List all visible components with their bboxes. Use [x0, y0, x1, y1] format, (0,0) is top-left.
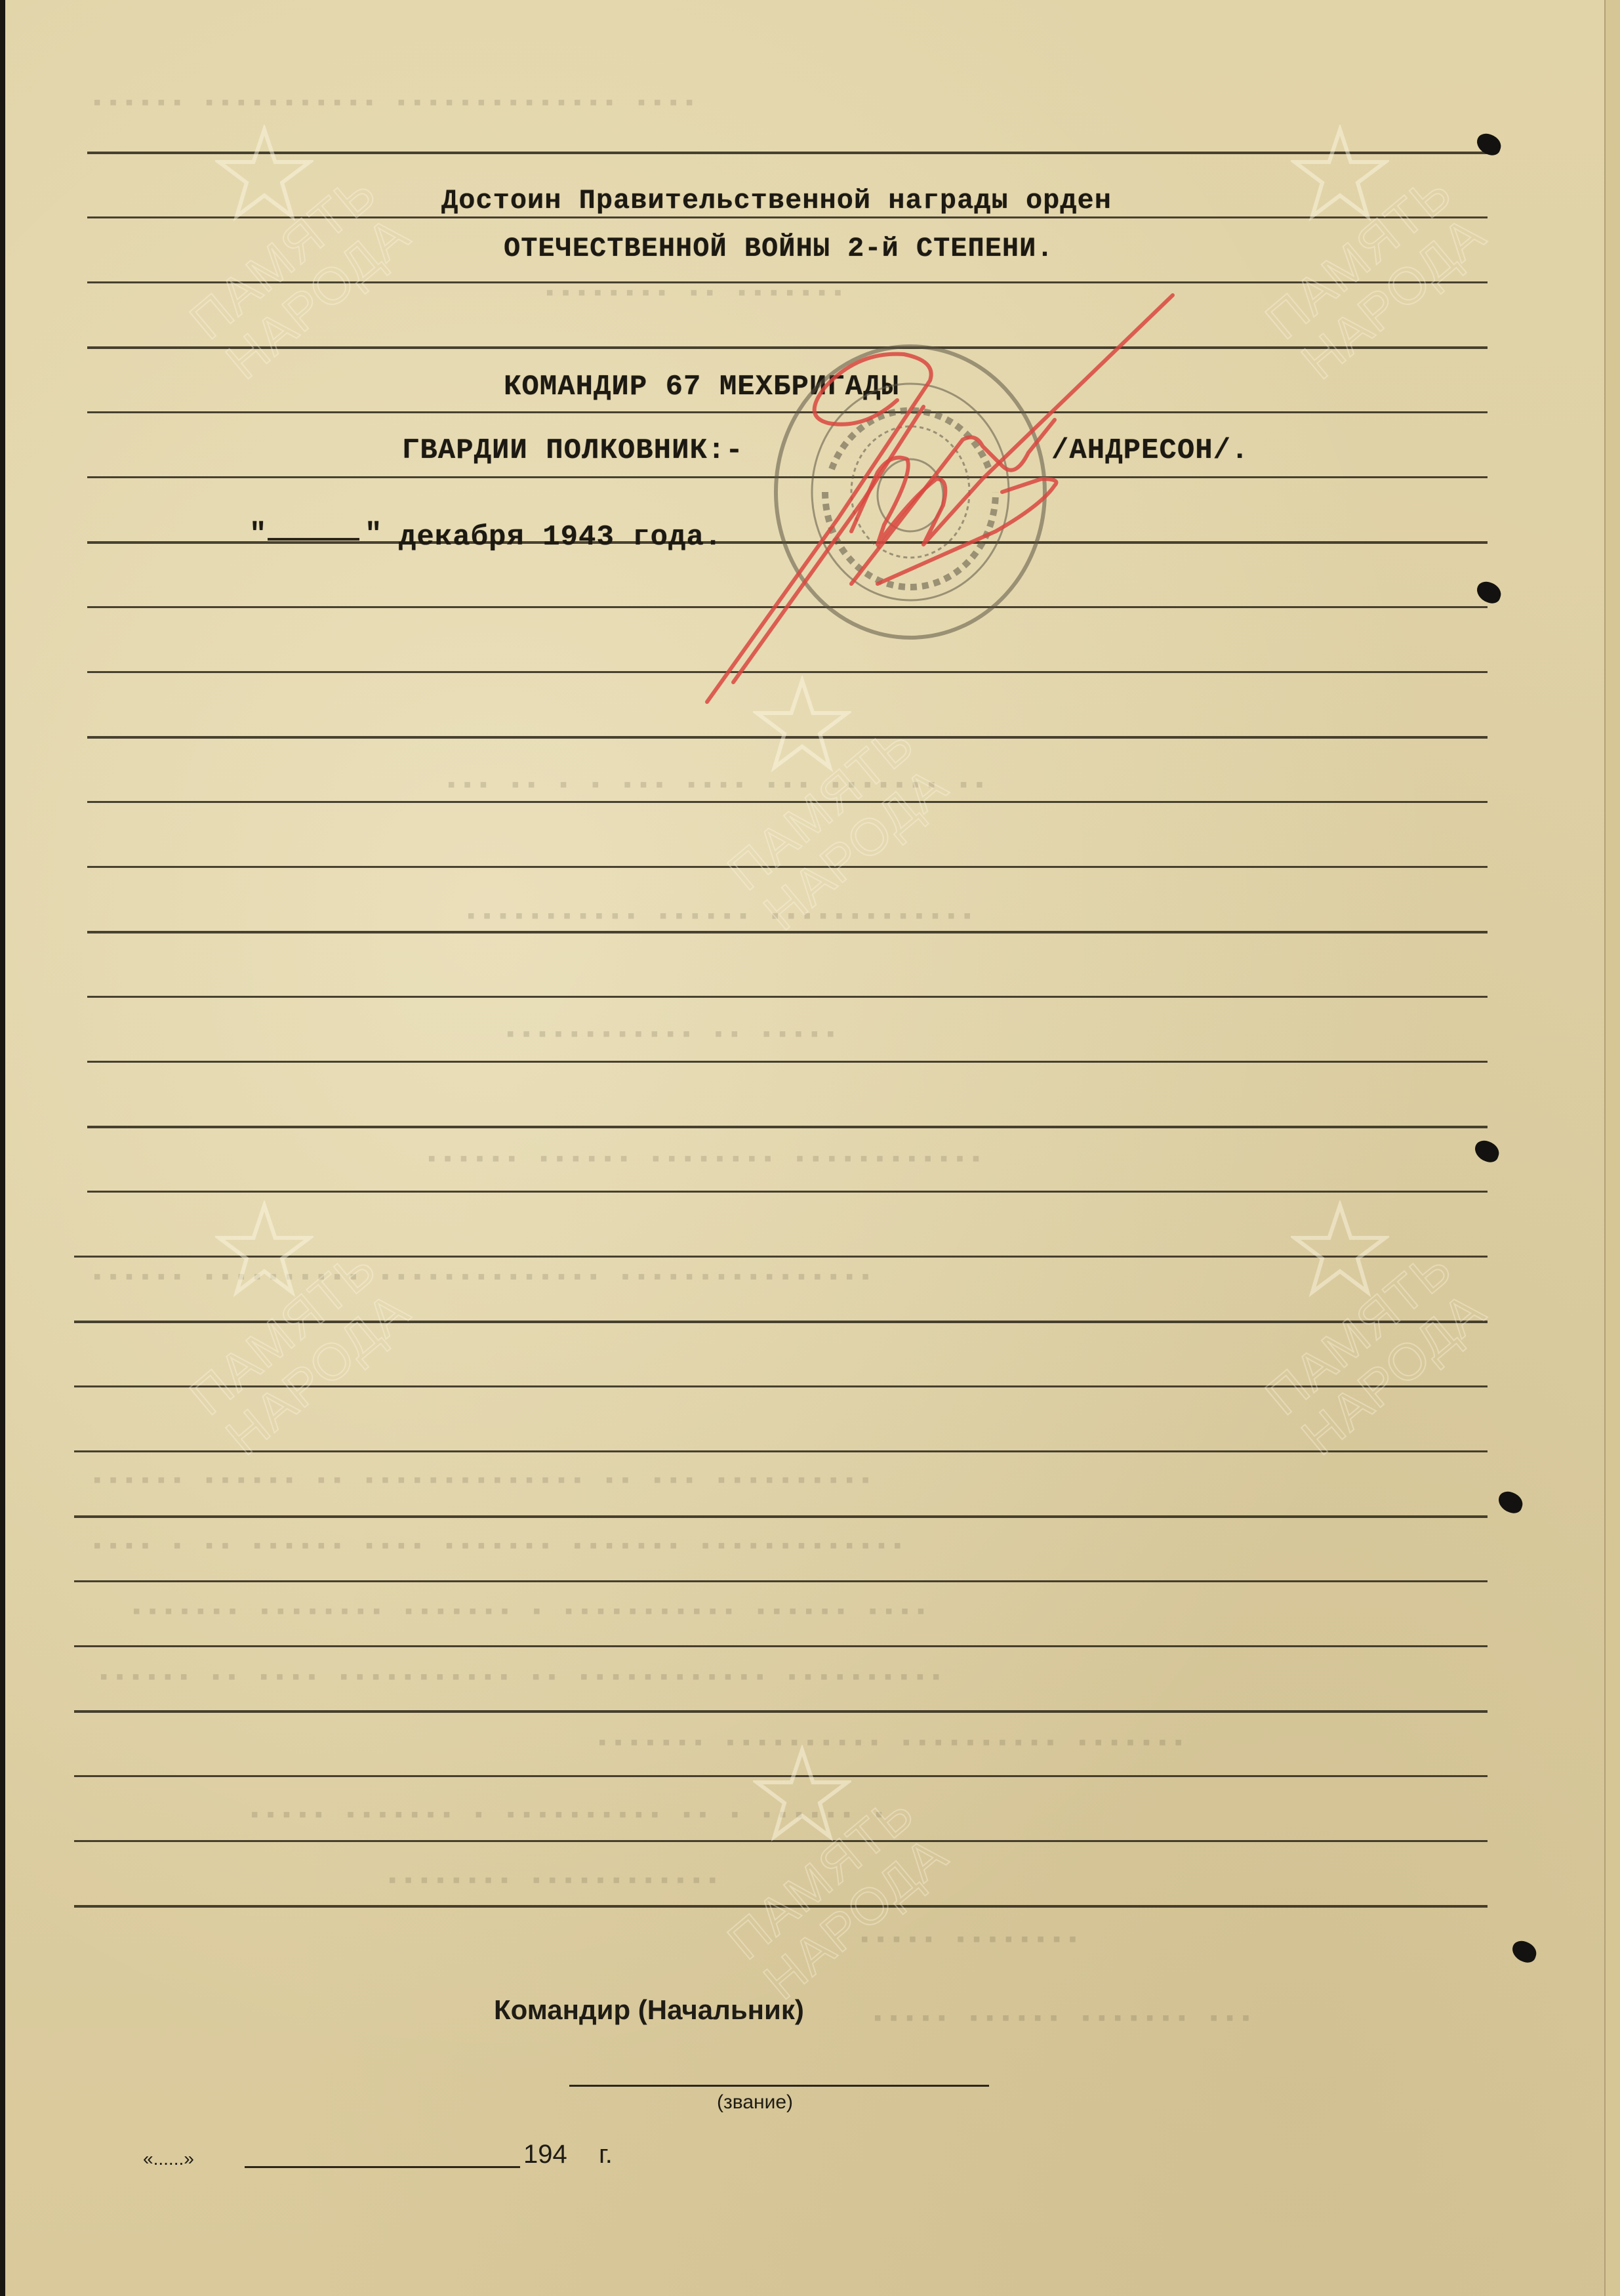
ruled-line: [87, 1061, 1488, 1063]
rank-caption: (звание): [717, 2091, 793, 2114]
date-open-quote: ": [249, 518, 267, 551]
date-day-blank: [268, 538, 359, 541]
award-line-1: Достоин Правительственной награды орден: [441, 185, 1112, 216]
ruled-line: [87, 152, 1488, 154]
award-line-2: ОТЕЧЕСТВЕННОЙ ВОЙНЫ 2-й СТЕПЕНИ.: [504, 233, 1054, 264]
ruled-line: [87, 346, 1488, 349]
ruled-line: [74, 1256, 1488, 1258]
ruled-line: [87, 476, 1488, 478]
bleed-through: ▪▪▪▪▪▪ ▪▪▪▪▪▪ ▪▪ ▪▪▪▪▪▪▪▪▪▪▪▪▪▪ ▪▪ ▪▪▪ ▪…: [91, 1469, 875, 1494]
bleed-through: ▪▪▪▪▪ ▪▪▪▪▪▪▪ ▪ ▪▪▪▪▪▪▪▪▪▪ ▪▪ ▪ ▪▪▪▪▪▪ ▪: [248, 1804, 888, 1829]
date-text: декабря 1943 года.: [399, 521, 722, 554]
watermark: ПАМЯТЬНАРОДА: [1225, 1200, 1501, 1476]
watermark-line-1: ПАМЯТЬ: [171, 1231, 396, 1433]
ruled-line: [87, 801, 1488, 803]
punch-hole: [1474, 131, 1504, 157]
commander-label: Командир (Начальник): [494, 1994, 804, 2026]
ruled-line: [87, 411, 1488, 413]
punch-hole: [1474, 579, 1504, 605]
bleed-through: ▪▪▪▪▪▪ ▪▪▪▪▪▪ ▪▪▪▪▪▪▪▪ ▪▪▪▪▪▪▪▪▪▪▪▪: [425, 1148, 985, 1173]
watermark-line-2: НАРОДА: [205, 197, 430, 398]
ruled-line: [87, 606, 1488, 608]
form-date-year: 194: [523, 2140, 567, 2169]
ruled-line: [74, 1775, 1488, 1777]
ruled-line: [74, 1840, 1488, 1842]
watermark-line-1: ПАМЯТЬ: [1246, 155, 1472, 357]
watermark-line-2: НАРОДА: [1280, 197, 1506, 398]
date-close-quote: ": [365, 518, 382, 551]
commander-title: КОМАНДИР 67 МЕХБРИГАДЫ: [504, 371, 899, 403]
punch-hole: [1509, 1938, 1539, 1965]
watermark-line-2: НАРОДА: [1280, 1273, 1506, 1474]
watermark-line-1: ПАМЯТЬ: [708, 707, 934, 908]
rank-signature-line: [569, 2085, 989, 2087]
bleed-through: ▪▪▪▪▪▪▪▪ ▪▪ ▪▪▪▪▪▪▪: [543, 282, 847, 307]
commander-name: /АНДРЕСОН/.: [1051, 434, 1249, 467]
bleed-through: ▪▪▪▪▪ ▪▪▪▪▪▪ ▪▪▪▪▪▪▪ ▪▪▪: [871, 2007, 1255, 2032]
bleed-through: ▪▪▪▪▪▪ ▪▪ ▪▪▪▪ ▪▪▪▪▪▪▪▪▪▪▪ ▪▪ ▪▪▪▪▪▪▪▪▪▪…: [97, 1666, 945, 1691]
ruled-line: [74, 1645, 1488, 1647]
ruled-line: [87, 1191, 1488, 1193]
watermark: ПАМЯТЬНАРОДА: [150, 1200, 425, 1476]
watermark-line-2: НАРОДА: [205, 1273, 430, 1474]
watermark-line-1: ПАМЯТЬ: [171, 155, 396, 357]
bleed-through: ▪▪▪▪▪▪▪ ▪▪▪▪▪▪▪▪ ▪▪▪▪▪▪▪ ▪ ▪▪▪▪▪▪▪▪▪▪▪ ▪…: [130, 1601, 930, 1626]
bleed-through: ▪▪▪▪▪▪▪▪▪▪▪▪ ▪▪ ▪▪▪▪▪: [504, 1023, 840, 1048]
form-date-prefix: «......»: [143, 2148, 194, 2169]
watermark: ПАМЯТЬНАРОДА: [687, 1745, 963, 2020]
form-date-month-line: [245, 2166, 520, 2168]
star-icon: [215, 125, 314, 223]
bleed-through: ▪▪▪▪▪▪ ▪▪▪▪▪▪▪▪▪▪▪ ▪▪▪▪▪▪▪▪▪▪▪▪▪▪ ▪▪▪▪: [91, 92, 699, 117]
bleed-through: ▪▪▪▪ ▪ ▪▪ ▪▪▪▪▪▪ ▪▪▪▪ ▪▪▪▪▪▪▪ ▪▪▪▪▪▪▪ ▪▪…: [91, 1535, 907, 1560]
document-page: ▪▪▪▪▪▪ ▪▪▪▪▪▪▪▪▪▪▪ ▪▪▪▪▪▪▪▪▪▪▪▪▪▪ ▪▪▪▪ ▪…: [5, 0, 1620, 2296]
ruled-line: [74, 1710, 1488, 1713]
ruled-line: [87, 866, 1488, 868]
star-icon: [1291, 125, 1389, 223]
ruled-line: [87, 996, 1488, 998]
watermark-line-2: НАРОДА: [742, 1817, 968, 2019]
bleed-through: ▪▪▪▪▪ ▪▪▪▪▪▪▪▪: [858, 1929, 1082, 1954]
bleed-through: ▪▪▪▪▪▪▪ ▪▪▪▪▪▪▪▪▪▪ ▪▪▪▪▪▪▪▪▪▪ ▪▪▪▪▪▪▪: [596, 1732, 1188, 1757]
ruled-line: [87, 216, 1488, 218]
ruled-line: [87, 736, 1488, 739]
ruled-line: [87, 671, 1488, 673]
star-icon: [1291, 1200, 1389, 1299]
ruled-line: [87, 1126, 1488, 1128]
ruled-line: [74, 1905, 1488, 1908]
signature: [687, 282, 1212, 715]
ruled-line: [87, 931, 1488, 933]
punch-hole: [1495, 1488, 1526, 1515]
ruled-line: [74, 1515, 1488, 1518]
bleed-through: ▪▪▪▪▪▪ ▪▪▪▪▪▪▪▪▪▪ ▪▪▪▪▪▪▪▪▪▪▪▪▪▪ ▪▪▪▪▪▪▪…: [91, 1266, 875, 1291]
bleed-through: ▪▪▪ ▪▪ ▪ ▪ ▪▪▪ ▪▪▪▪ ▪▪▪ ▪▪▪▪▪▪▪ ▪▪: [445, 774, 989, 799]
form-date-suffix: г.: [599, 2140, 613, 2169]
bleed-through: ▪▪▪▪▪▪▪▪ ▪▪▪▪▪▪▪▪▪▪▪▪: [386, 1870, 721, 1895]
commander-rank: ГВАРДИИ ПОЛКОВНИК:-: [402, 434, 744, 467]
page-edge-strip: [1604, 0, 1620, 2296]
star-icon: [753, 676, 851, 774]
ruled-line: [74, 1450, 1488, 1452]
ruled-line: [87, 541, 1488, 544]
ruled-line: [74, 1385, 1488, 1387]
watermark: ПАМЯТЬНАРОДА: [1225, 125, 1501, 400]
watermark-line-1: ПАМЯТЬ: [1246, 1231, 1472, 1433]
punch-hole: [1472, 1138, 1502, 1164]
ruled-line: [74, 1321, 1488, 1323]
bleed-through: ▪▪▪▪▪▪▪▪▪▪▪ ▪▪▪▪▪▪ ▪▪▪▪▪▪▪▪▪▪▪▪▪: [464, 905, 977, 930]
ruled-line: [74, 1580, 1488, 1582]
watermark: ПАМЯТЬНАРОДА: [150, 125, 425, 400]
